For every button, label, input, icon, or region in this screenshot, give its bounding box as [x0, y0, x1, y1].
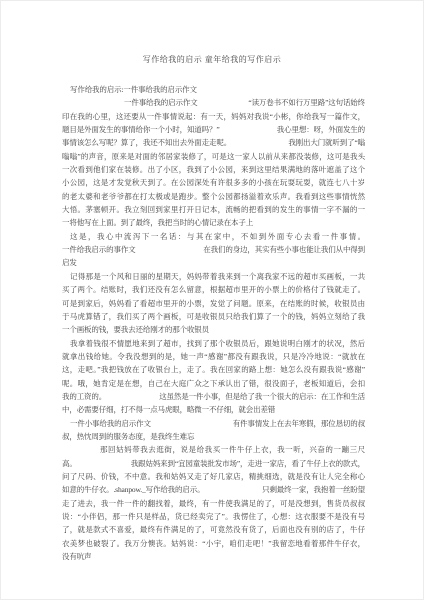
text-segment: 一件事给我的启示作文 — [124, 96, 198, 109]
text-line: 一件事给我的启示作文“读万卷书不如行万里路”这句话始终 — [62, 96, 365, 109]
text-line: 我拿着钱很不情愿地来到了超市，找到了那个收银员后，跟她说明白刚才的状况，然后 — [62, 337, 365, 350]
document-page: 写作给我的启示 童年给我的写作启示 写作给我的启示:一件事给我的启示作文一件事给… — [0, 0, 424, 600]
text-segment: 题目是外面发生的事情给你一个小时，知道吗？” — [62, 123, 220, 136]
text-line: 这，走吧。”我把钱放在了收银台上，走了。我在回家的路上想：她怎么没有跟我说“感谢… — [62, 363, 365, 376]
text-line: 那回姑妈带我去逛街，说是给我买一件牛仔上衣，我一听，兴奋的一蹦三尺 — [62, 443, 365, 456]
text-segment: “读万卷书不如行万里路”这句话始终 — [248, 96, 365, 109]
text-line: 题目是外面发生的事情给你一个小时，知道吗？”我心里想：呀，外面发生的 — [62, 123, 365, 136]
text-line: 小公园，这是才发觉秋天到了。在公园深处有许很多多的小孩在玩耍玩耍，就连七八十岁 — [62, 176, 365, 189]
text-line: 这是，我心中流泻下一名话：与其在家中，不如到外面专心去看一件事情。 — [62, 230, 365, 243]
text-segment: 一件小事给我的启示作文 — [70, 417, 151, 430]
text-line: 写作给我的启示:一件事给我的启示作文 — [62, 83, 365, 96]
text-segment: 我刚出大门就听到了“嗡 — [288, 136, 365, 149]
text-segment: 事情该怎么写呢？算了，我还不知出去外面走走呢。 — [62, 136, 231, 149]
text-line: 印在我的心里，这还要从一件事情说起：有一天，妈妈对我说“小彬，你给我写一篇作文， — [62, 110, 365, 123]
page-title: 写作给我的启示 童年给我的写作启示 — [1, 54, 423, 65]
text-line: 我的工资的。这虽然是一件小事，但是给了我一个很大的启示：在工作和生活 — [62, 390, 365, 403]
text-segment: 在我们的身边，其实有些小事也能让我们从中得到 — [203, 243, 365, 256]
document-body: 写作给我的启示:一件事给我的启示作文一件事给我的启示作文“读万卷书不如行万里路”… — [62, 83, 365, 563]
text-line: 可是到家后，妈妈看了看超市里开的小票，发觉了问题。原来，在结账的时候，收银员由 — [62, 297, 365, 310]
text-line: 的老太婆和老爷爷都在打太极或是跑步。整个公园都扬溢着欢乐声。我看到这些事情恍然 — [62, 190, 365, 203]
text-line: 于马虎算错了，我们买了两个画板，可是收银员只给我们算了一个的钱，妈妈立刻给了我 — [62, 310, 365, 323]
text-line: 衣美梦也破裂了。我万分懊丧。姑妈说：“小宇，咱们走吧！”我留恋地看着那件牛仔衣， — [62, 537, 365, 550]
text-line: 问了尺码、价钱，不中意。我和姑妈又走了好几家店，精挑细选，就是没有让人完全称心 — [62, 470, 365, 483]
text-line: 一件小事给我的启示作文有件事情发上在去年寒假，那位恳切的叔 — [62, 417, 365, 430]
text-line: 叔，热忱周到的服务态度，是我终生难忘 — [62, 430, 365, 443]
text-line: 事情该怎么写呢？算了，我还不知出去外面走走呢。我刚出大门就听到了“嗡 — [62, 136, 365, 149]
text-line: 如意的牛仔衣。.shanpow._写作给我的启示。只剩最终一家，我抱着一丝盼望 — [62, 483, 365, 496]
text-line: 买了两个。结账时，我们还没有怎么留意，根据超市里开的小票上的价格付了钱就走了。 — [62, 283, 365, 296]
text-line: 没有吭声 — [62, 550, 365, 563]
text-line: 嗡嗡”的声音，原来是对面的邻居家装修了，可是这一家人以前从来都没装修，这可是我头 — [62, 150, 365, 163]
text-line: 中，必需要仔细，打不得一点马虎眼，略微一不仔细，就会出差错 — [62, 403, 365, 416]
text-segment: 高。 — [62, 457, 77, 470]
text-line: 一次看到他们家在装修。出了小区，我到了小公园，来到这里结果满地的落叶遮盖了这个 — [62, 163, 365, 176]
text-segment: 我的工资的。 — [62, 390, 106, 403]
text-line: 大悟。茅塞顿开。我立刻回到家里打开日记本，流畅的把看到的发生的事情一字不漏的一 — [62, 203, 365, 216]
text-line: 走了进去，我一件一件的翻找着，最终，有一件使我满足的了，可是没想到，售货员叔叔 — [62, 497, 365, 510]
text-segment: 这虽然是一件小事，但是给了我一个很大的启示：在工作和生活 — [159, 390, 365, 403]
text-line: 一个画板的钱，要我去还给刚才的那个收银员 — [62, 323, 365, 336]
text-line: 呢。哦，她肯定是在想，自己在大庭广众之下承认出了错，很没面子，老板知道后，会扣 — [62, 377, 365, 390]
text-segment: 我心里想：呀，外面发生的 — [277, 123, 365, 136]
text-segment: 只剩最终一家，我抱着一丝盼望 — [262, 483, 365, 496]
text-line: 一件给我启示的事作文在我们的身边，其实有些小事也能让我们从中得到 — [62, 243, 365, 256]
text-line: 就拿出钱给她。令我没想到的是，她一声“感谢”都没有跟我说，只是冷冷地说：“就放在 — [62, 350, 365, 363]
text-segment: 如意的牛仔衣。.shanpow._写作给我的启示。 — [62, 483, 204, 496]
text-line: 一将他写在上面。到了最终，我把当时的心情记录在本子上 — [62, 216, 365, 229]
text-segment: 有件事情发上在去年寒假，那位恳切的叔 — [233, 417, 365, 430]
text-segment: 我跟姑妈来到“宜园童装批发市场”，走进一家店，看了牛仔上衣的款式， — [131, 457, 365, 470]
text-line: 记得那是一个风和日丽的星期天，妈妈带着我来到一个离我家不远的超市买画板，一共 — [62, 270, 365, 283]
text-line: 说：“小伴侣，那一件只是样品，货已经卖完了”。我愣住了，心想：这衣服要不是没有号 — [62, 510, 365, 523]
text-line: 启发 — [62, 256, 365, 269]
text-line: 了，就是款式不喜爱，最终有件满足的了，可竟然没有货了，后面也没有别的店了，牛仔 — [62, 523, 365, 536]
text-line: 高。我跟姑妈来到“宜园童装批发市场”，走进一家店，看了牛仔上衣的款式， — [62, 457, 365, 470]
text-segment: 一件给我启示的事作文 — [62, 243, 136, 256]
